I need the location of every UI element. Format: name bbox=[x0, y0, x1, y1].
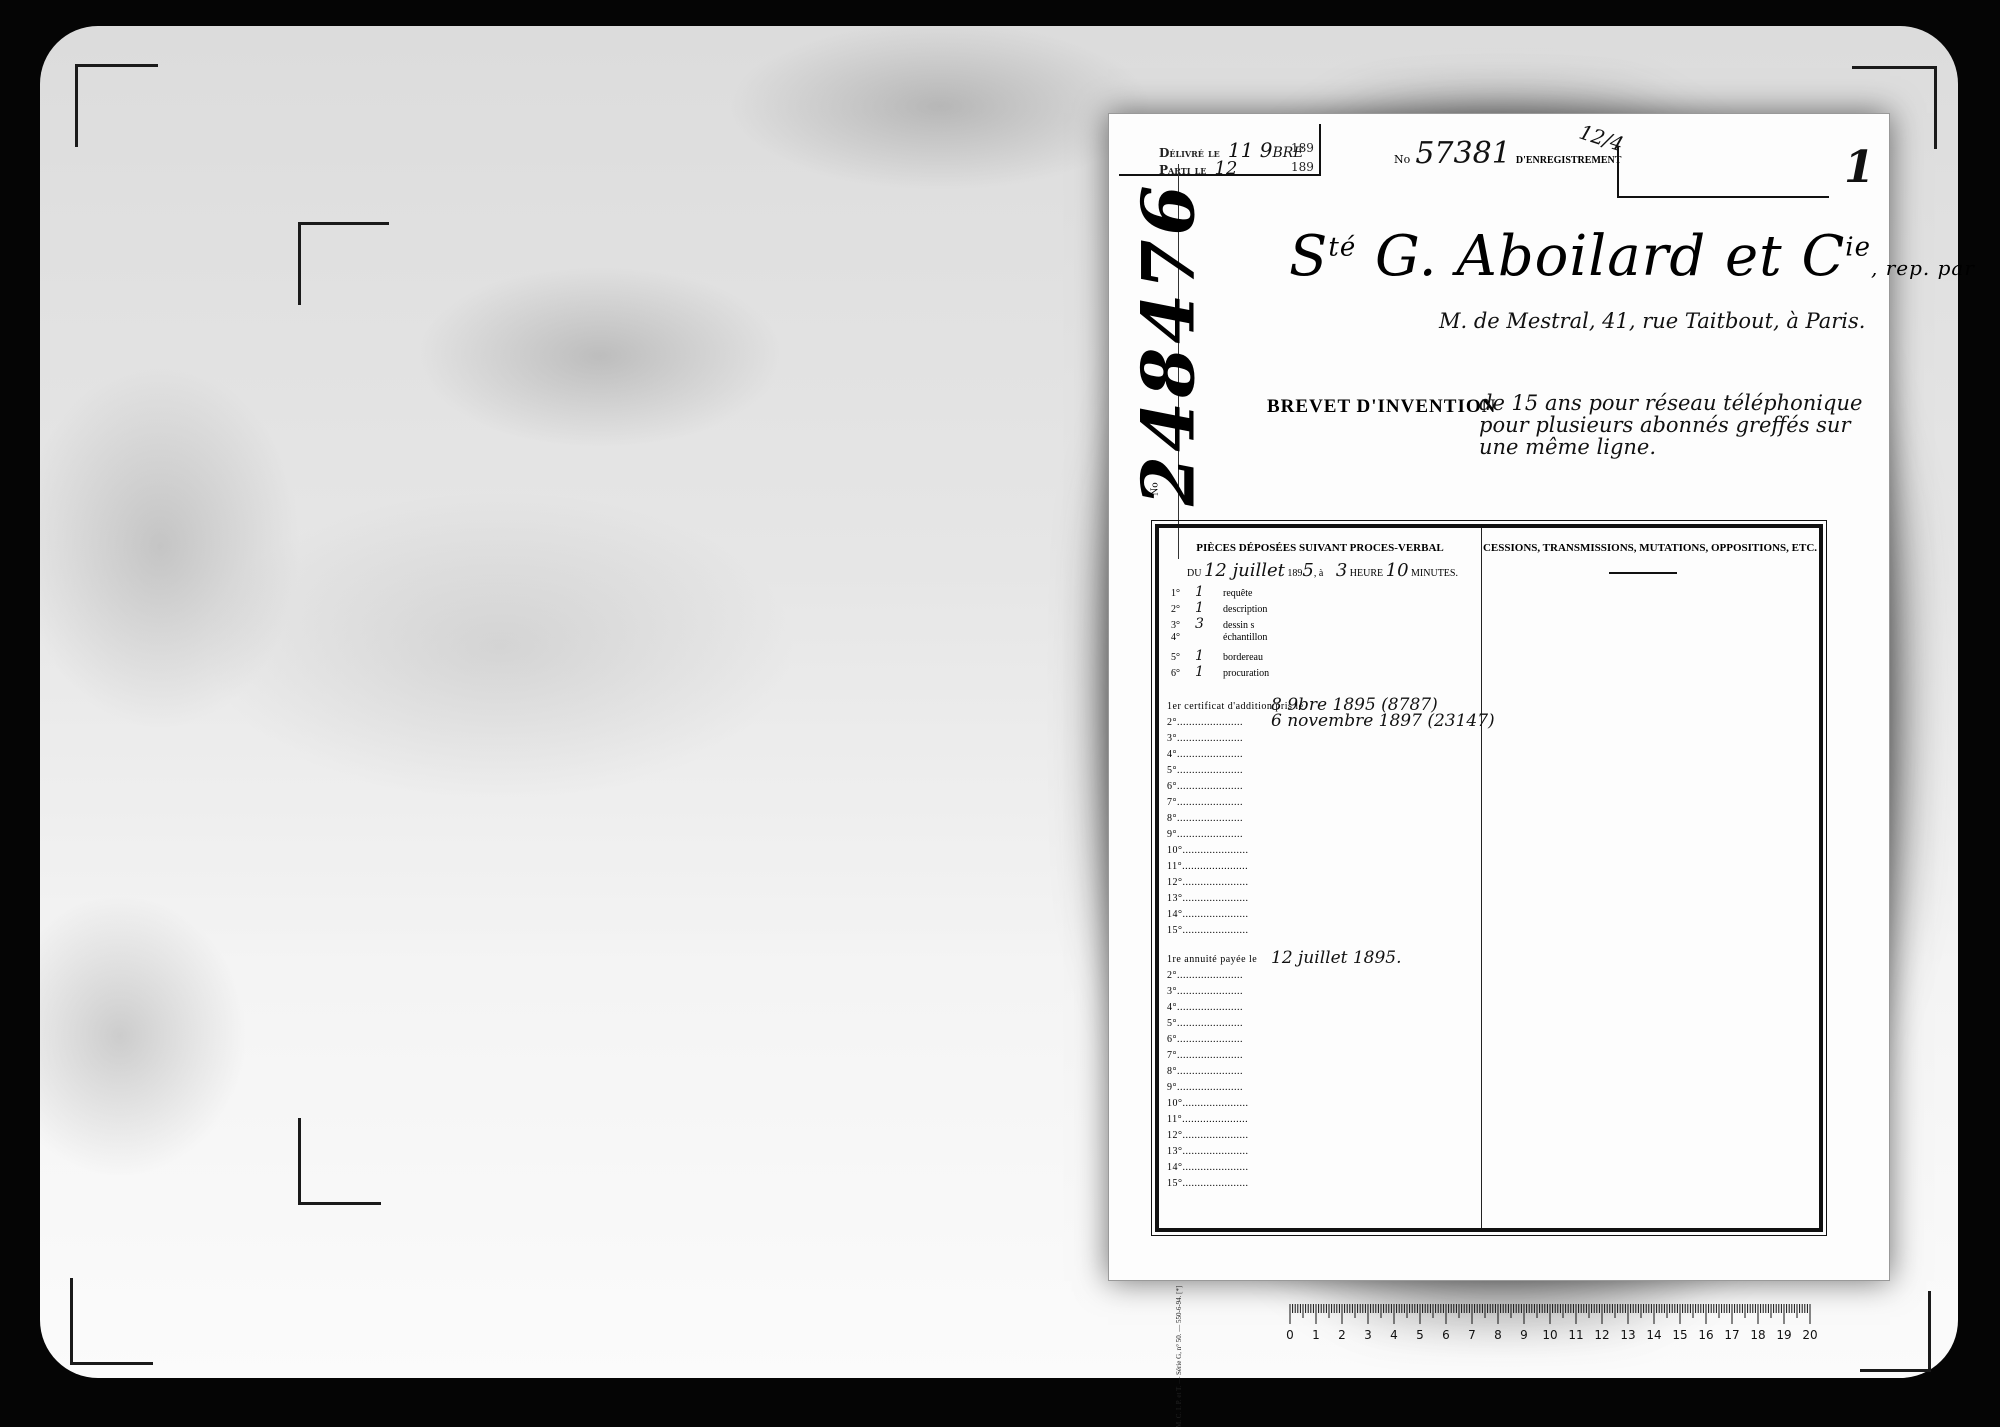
patent-number: 248476 bbox=[1123, 154, 1213, 534]
printer-imprint: M. C. I. P. et T. — Série G, n° 50. — 55… bbox=[1175, 1148, 1187, 1427]
column-divider bbox=[1481, 528, 1482, 1228]
piece-row: 1°1requête bbox=[1171, 584, 1252, 600]
corner-mark: 1 bbox=[1844, 142, 1875, 193]
ruler-label: 8 bbox=[1494, 1328, 1502, 1342]
ruler-label: 20 bbox=[1802, 1328, 1817, 1342]
proces-verbal-line: DU 12 juillet 1895, à 3 HEURE 10 MINUTES… bbox=[1187, 560, 1458, 581]
piece-label: requête bbox=[1223, 588, 1252, 599]
dotted-row: 7°...................... bbox=[1167, 797, 1243, 808]
ruler-label: 9 bbox=[1520, 1328, 1528, 1342]
pieces-header: PIÈCES DÉPOSÉES SUIVANT PROCES-VERBAL bbox=[1159, 542, 1481, 554]
dotted-row: 11°...................... bbox=[1167, 1114, 1248, 1125]
piece-count: 3 bbox=[1195, 616, 1223, 632]
top-right-box bbox=[1617, 146, 1829, 198]
ruler-ticks bbox=[1282, 1304, 1820, 1326]
dotted-row: 8°...................... bbox=[1167, 1066, 1243, 1077]
ruler-label: 17 bbox=[1724, 1328, 1739, 1342]
piece-index: 1° bbox=[1171, 588, 1195, 599]
pv-date: 12 juillet bbox=[1204, 560, 1285, 581]
ruler-label: 0 bbox=[1286, 1328, 1294, 1342]
piece-count: 1 bbox=[1195, 664, 1223, 680]
company-name-sup: ie bbox=[1845, 232, 1871, 262]
pv-du-label: DU bbox=[1187, 568, 1201, 579]
dotted-row: 9°...................... bbox=[1167, 1082, 1243, 1093]
piece-label: procuration bbox=[1223, 668, 1269, 679]
dotted-row: 14°...................... bbox=[1167, 909, 1249, 920]
company-main-name: G. Aboilard et C bbox=[1375, 224, 1845, 289]
pv-year-suffix: 5 bbox=[1302, 560, 1313, 581]
no-label: No bbox=[1394, 153, 1410, 166]
parti-year: 189 bbox=[1291, 160, 1314, 174]
crop-mark-outer-top-left bbox=[75, 64, 158, 147]
company-address: M. de Mestral, 41, rue Taitbout, à Paris… bbox=[1439, 309, 1865, 333]
piece-count: 1 bbox=[1195, 648, 1223, 664]
ruler-label: 18 bbox=[1750, 1328, 1765, 1342]
pv-a-label: , à bbox=[1314, 568, 1323, 579]
dotted-row: 2°...................... bbox=[1167, 717, 1243, 728]
brevet-description: de 15 ans pour réseau téléphonique pour … bbox=[1479, 392, 1879, 458]
pv-minutes: 10 bbox=[1386, 560, 1409, 581]
dotted-row: 2°...................... bbox=[1167, 970, 1243, 981]
registration-number: 57381 bbox=[1415, 136, 1510, 171]
ruler-label: 14 bbox=[1646, 1328, 1661, 1342]
dotted-row: 3°...................... bbox=[1167, 733, 1243, 744]
piece-row: 3°3dessin s bbox=[1171, 616, 1254, 632]
patent-number-label: No bbox=[1151, 482, 1161, 495]
crop-mark-inner-top-left bbox=[298, 222, 389, 305]
dotted-row: 4°...................... bbox=[1167, 749, 1243, 760]
cessions-header: CESSIONS, TRANSMISSIONS, MUTATIONS, OPPO… bbox=[1481, 542, 1819, 554]
dotted-row: 10°...................... bbox=[1167, 845, 1249, 856]
piece-index: 4° bbox=[1171, 632, 1195, 643]
piece-row: 6°1procuration bbox=[1171, 664, 1269, 680]
ruler-label: 2 bbox=[1338, 1328, 1346, 1342]
patent-document: Délivré le 11 9bre 189 Parti le 12 189 N… bbox=[1108, 113, 1890, 1281]
brevet-title: BREVET D'INVENTION bbox=[1267, 396, 1496, 418]
dotted-row: 3°...................... bbox=[1167, 986, 1243, 997]
register-table: PIÈCES DÉPOSÉES SUIVANT PROCES-VERBAL DU… bbox=[1155, 524, 1823, 1232]
dotted-row: 15°...................... bbox=[1167, 925, 1249, 936]
piece-row: 4°échantillon bbox=[1171, 632, 1267, 643]
piece-label: dessin s bbox=[1223, 620, 1254, 631]
ruler-label: 7 bbox=[1468, 1328, 1476, 1342]
piece-count: 1 bbox=[1195, 600, 1223, 616]
parti-value: 12 bbox=[1215, 158, 1238, 179]
handwritten-entry: 12 juillet 1895. bbox=[1271, 948, 1402, 968]
ruler-label: 12 bbox=[1594, 1328, 1609, 1342]
dotted-row: 6°...................... bbox=[1167, 781, 1243, 792]
ruler-label: 5 bbox=[1416, 1328, 1424, 1342]
company-prefix: S bbox=[1289, 224, 1328, 289]
dotted-row: 10°...................... bbox=[1167, 1098, 1249, 1109]
ruler-label: 11 bbox=[1568, 1328, 1583, 1342]
registration-label: D'ENREGISTREMENT bbox=[1516, 155, 1622, 166]
delivre-year: 189 bbox=[1291, 141, 1314, 155]
annuites-label: 1re annuité payée le bbox=[1167, 954, 1257, 965]
scale-ruler: 01234567891011121314151617181920 bbox=[1282, 1304, 1820, 1346]
handwritten-entry: 6 novembre 1897 (23147) bbox=[1271, 711, 1495, 731]
pv-hour-label: HEURE bbox=[1350, 568, 1383, 579]
ruler-label: 15 bbox=[1672, 1328, 1687, 1342]
dotted-row: 5°...................... bbox=[1167, 765, 1243, 776]
company-name: Sté G. Aboilard et Cie, rep. par bbox=[1289, 224, 1975, 289]
dotted-row: 8°...................... bbox=[1167, 813, 1243, 824]
dotted-row: 13°...................... bbox=[1167, 893, 1249, 904]
ruler-label: 3 bbox=[1364, 1328, 1372, 1342]
piece-label: description bbox=[1223, 604, 1267, 615]
piece-index: 3° bbox=[1171, 620, 1195, 631]
ruler-label: 10 bbox=[1542, 1328, 1557, 1342]
ruler-label: 4 bbox=[1390, 1328, 1398, 1342]
pv-hour: 3 bbox=[1336, 560, 1347, 581]
ruler-label: 19 bbox=[1776, 1328, 1791, 1342]
ruler-label: 6 bbox=[1442, 1328, 1450, 1342]
piece-index: 2° bbox=[1171, 604, 1195, 615]
dotted-row: 6°...................... bbox=[1167, 1034, 1243, 1045]
dotted-row: 12°...................... bbox=[1167, 1130, 1249, 1141]
piece-row: 5°1bordereau bbox=[1171, 648, 1263, 664]
piece-index: 6° bbox=[1171, 668, 1195, 679]
crop-mark-outer-bottom-left bbox=[70, 1278, 153, 1365]
piece-label: échantillon bbox=[1223, 632, 1267, 643]
piece-index: 5° bbox=[1171, 652, 1195, 663]
dotted-row: 4°...................... bbox=[1167, 1002, 1243, 1013]
ruler-label: 1 bbox=[1312, 1328, 1320, 1342]
company-prefix-sup: té bbox=[1328, 232, 1356, 262]
dotted-row: 9°...................... bbox=[1167, 829, 1243, 840]
piece-row: 2°1description bbox=[1171, 600, 1267, 616]
ruler-label: 13 bbox=[1620, 1328, 1635, 1342]
dotted-row: 11°...................... bbox=[1167, 861, 1248, 872]
dotted-row: 5°...................... bbox=[1167, 1018, 1243, 1029]
piece-label: bordereau bbox=[1223, 652, 1263, 663]
dotted-row: 12°...................... bbox=[1167, 877, 1249, 888]
piece-count: 1 bbox=[1195, 584, 1223, 600]
pv-year: 189 bbox=[1287, 568, 1302, 579]
cessions-rule bbox=[1609, 572, 1677, 574]
company-representative: , rep. par bbox=[1871, 256, 1975, 280]
pv-minutes-label: MINUTES. bbox=[1411, 568, 1458, 579]
ruler-label: 16 bbox=[1698, 1328, 1713, 1342]
dotted-row: 7°...................... bbox=[1167, 1050, 1243, 1061]
crop-mark-inner-bottom-left bbox=[298, 1118, 381, 1205]
